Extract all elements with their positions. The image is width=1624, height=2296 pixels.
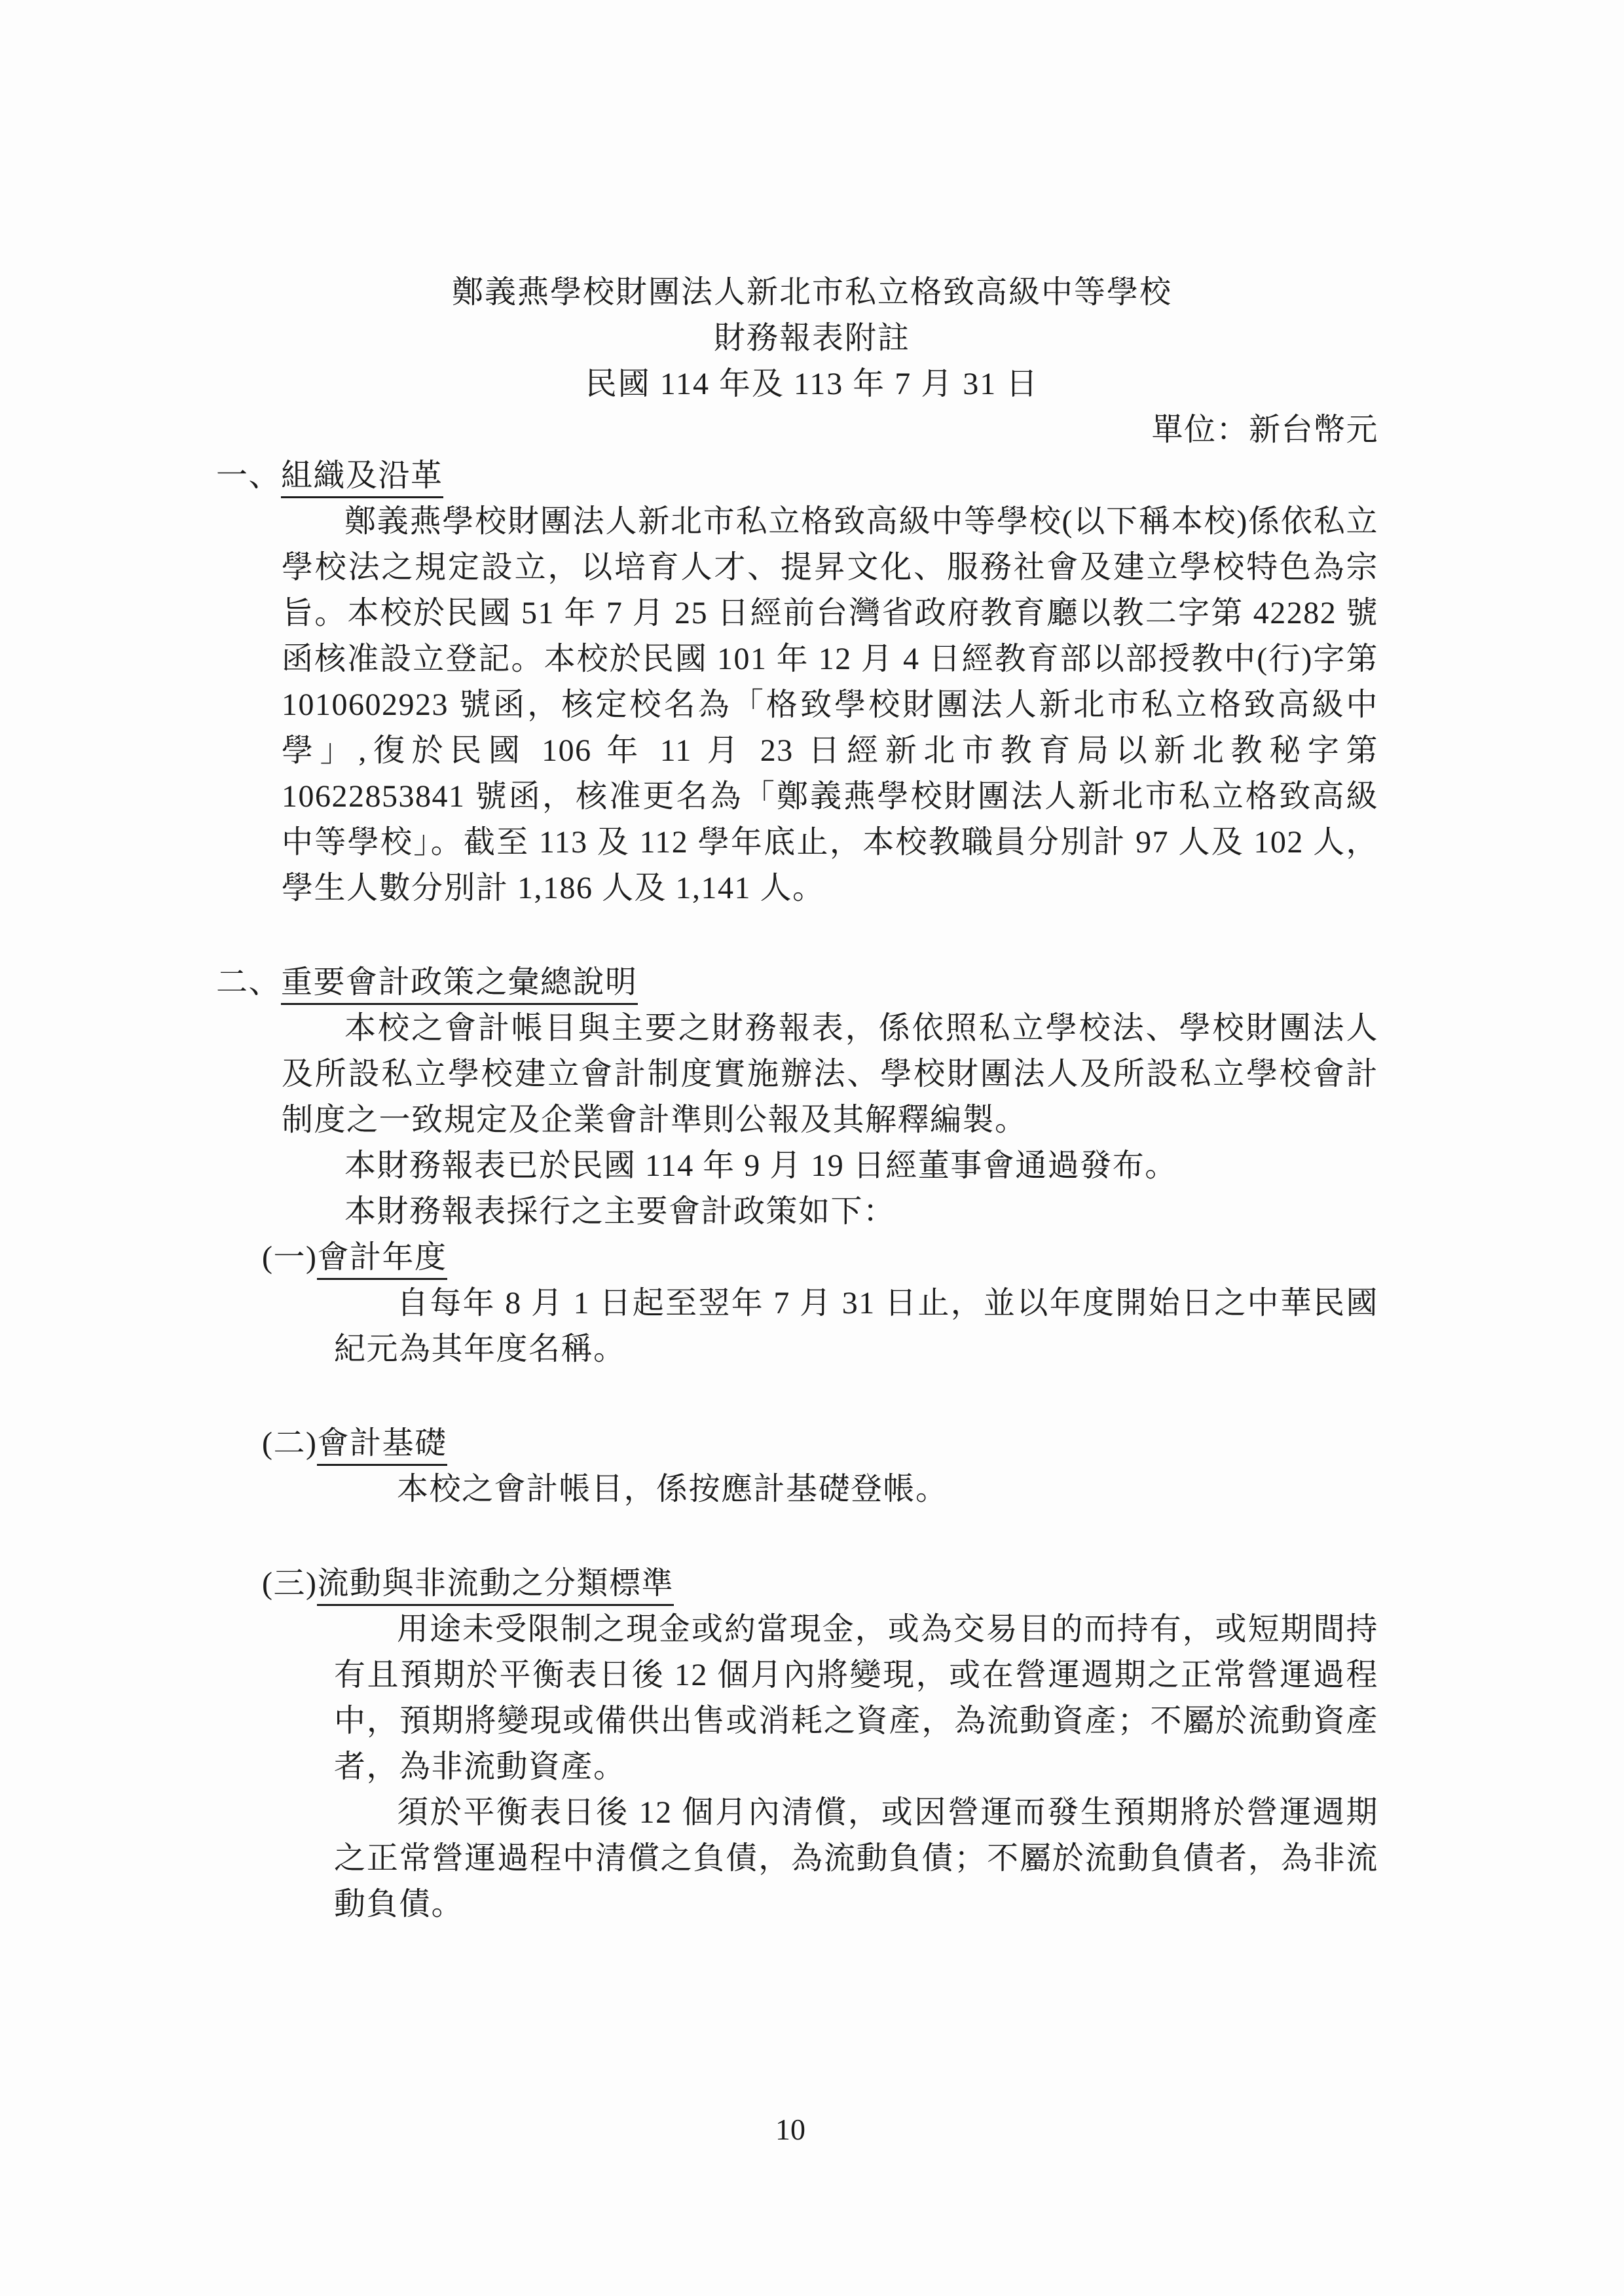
subsection-accounting-basis: (二)會計基礎 本校之會計帳目，係按應計基礎登帳。	[0, 1421, 1624, 1512]
subsection-fiscal-year: (一)會計年度 自每年 8 月 1 日起至翌年 7 月 31 日止，並以年度開始…	[0, 1235, 1624, 1372]
subsection-current-noncurrent-classification: (三)流動與非流動之分類標準 用途未受限制之現金或約當現金，或為交易目的而持有，…	[0, 1561, 1624, 1927]
subsection-3-heading: 流動與非流動之分類標準	[317, 1566, 674, 1606]
section-1-heading: 組織及沿革	[281, 458, 443, 498]
subsection-1-heading-row: (一)會計年度	[262, 1235, 1624, 1281]
subsection-3-number: (三)	[262, 1566, 317, 1601]
scanned-document-page: 鄭義燕學校財團法人新北市私立格致高級中等學校 財務報表附註 民國 114 年及 …	[0, 0, 1624, 2296]
subsection-1-paragraph: 自每年 8 月 1 日起至翌年 7 月 31 日止，並以年度開始日之中華民國紀元…	[334, 1281, 1378, 1372]
section-1-paragraph: 鄭義燕學校財團法人新北市私立格致高級中等學校(以下稱本校)係依私立學校法之規定設…	[282, 499, 1378, 911]
subsection-2-paragraph: 本校之會計帳目，係按應計基礎登帳。	[334, 1467, 1378, 1512]
section-1-heading-row: 一、組織及沿革	[216, 453, 1624, 499]
section-organization-history: 一、組織及沿革 鄭義燕學校財團法人新北市私立格致高級中等學校(以下稱本校)係依私…	[0, 453, 1624, 911]
section-2-heading: 重要會計政策之彙總說明	[281, 965, 638, 1005]
section-2-number: 二、	[216, 965, 281, 1000]
currency-unit-note: 單位：新台幣元	[0, 407, 1624, 453]
subsection-1-heading: 會計年度	[317, 1240, 447, 1280]
subsection-3-heading-row: (三)流動與非流動之分類標準	[262, 1561, 1624, 1607]
subsection-2-number: (二)	[262, 1426, 317, 1461]
section-2-paragraph-basis: 本校之會計帳目與主要之財務報表，係依照私立學校法、學校財團法人及所設私立學校建立…	[282, 1006, 1378, 1143]
subsection-1-number: (一)	[262, 1240, 317, 1275]
subsection-2-heading-row: (二)會計基礎	[262, 1421, 1624, 1467]
document-date-line: 民國 114 年及 113 年 7 月 31 日	[0, 361, 1624, 407]
document-subtitle: 財務報表附註	[0, 316, 1624, 361]
subsection-2-heading: 會計基礎	[317, 1426, 447, 1466]
section-1-number: 一、	[216, 458, 281, 493]
title-block: 鄭義燕學校財團法人新北市私立格致高級中等學校 財務報表附註 民國 114 年及 …	[0, 270, 1624, 407]
section-2-heading-row: 二、重要會計政策之彙總說明	[216, 960, 1624, 1006]
page-number: 10	[0, 2107, 1581, 2153]
subsection-3-paragraph-liabilities: 須於平衡表日後 12 個月內清償，或因營運而發生預期將於營運週期之正常營運過程中…	[334, 1790, 1378, 1927]
section-2-paragraph-approval: 本財務報表已於民國 114 年 9 月 19 日經董事會通過發布。	[282, 1143, 1378, 1189]
subsection-3-paragraph-assets: 用途未受限制之現金或約當現金，或為交易目的而持有，或短期間持有且預期於平衡表日後…	[334, 1607, 1378, 1790]
document-title: 鄭義燕學校財團法人新北市私立格致高級中等學校	[0, 270, 1624, 316]
section-accounting-policies: 二、重要會計政策之彙總說明 本校之會計帳目與主要之財務報表，係依照私立學校法、學…	[0, 960, 1624, 1927]
section-2-paragraph-policies-intro: 本財務報表採行之主要會計政策如下：	[282, 1189, 1378, 1235]
